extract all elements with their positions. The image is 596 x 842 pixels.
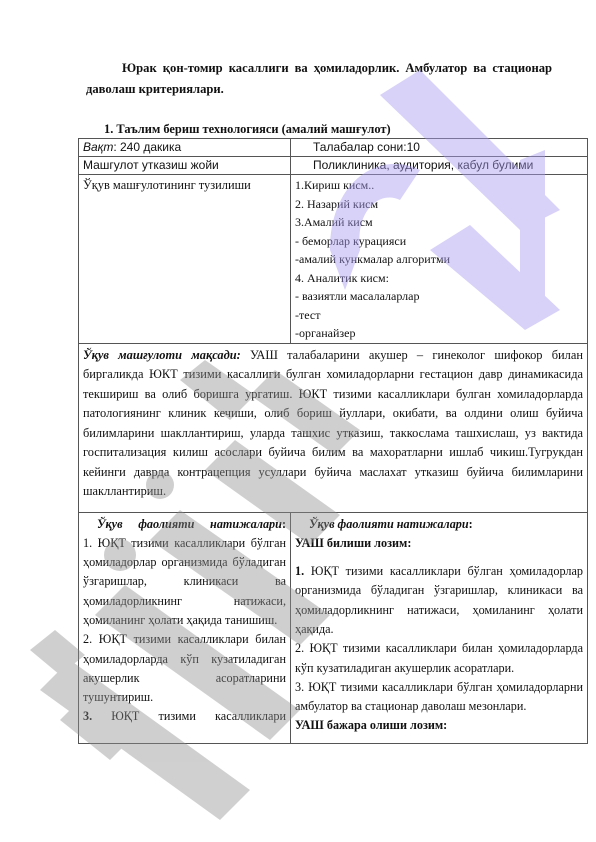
results-left-heading: Ўқув фаолияти натижалари: [83,515,286,534]
structure-item: 4. Аналитик кисм: [295,269,583,288]
time-label: Вақт [83,140,113,154]
table-row-venue: Машгулот утказиш жойи Поликлиника, аудит… [79,157,588,175]
table-row-structure: Ўқув машғулотининг тузилиши 1.Кириш кисм… [79,175,588,344]
results-left-item: 1. ЮҚТ тизими касалликлари бўлган ҳомила… [83,534,286,630]
goal-label: Ўқув машғулоти мақсади: [83,348,241,362]
structure-item: - вазиятли масалаларлар [295,287,583,306]
table-row-time: Вақт: 240 дакика Талабалар сони:10 [79,139,588,157]
must-do-heading: УАШ бажара олиши лозим: [295,716,583,735]
results-right-heading: Ўқув фаолияти натижалари: [295,515,583,534]
structure-item: - беморлар курацияси [295,232,583,251]
document-page: Юрак қон-томир касаллиги ва ҳомиладорлик… [0,0,596,842]
structure-item: -тест [295,306,583,325]
results-left-cell: Ўқув фаолияти натижалари: 1. ЮҚТ тизими … [79,512,291,743]
lesson-goal: Ўқув машғулоти мақсади: УАШ талабаларини… [79,343,588,512]
document-title: Юрак қон-томир касаллиги ва ҳомиладорлик… [86,58,552,100]
goal-text: УАШ талабаларини акушер – гинеколог шифо… [83,348,583,499]
time-value: : 240 дакика [113,140,181,154]
structure-item: -амалий кункмалар алгоритми [295,250,583,269]
structure-label: Ўқув машғулотининг тузилиши [79,175,291,344]
results-left-item: 2. ЮҚТ тизими касалликлари билан ҳомилад… [83,630,286,707]
results-right-item: 3. ЮҚТ тизими касалликлари бўлган ҳомила… [295,678,583,717]
venue-value: Поликлиника, аудитория, кабул булими [291,157,588,175]
table-row-goal: Ўқув машғулоти мақсади: УАШ талабаларини… [79,343,588,512]
must-know-heading: УАШ билиши лозим: [295,534,583,553]
section-heading: 1. Таълим бериш технологияси (амалий маш… [104,121,391,137]
results-left-item: 3. ЮҚТ тизими касалликлари [83,707,286,726]
results-right-item: 2. ЮҚТ тизими касалликлари билан ҳомилад… [295,639,583,678]
structure-item: -органайзер [295,324,583,343]
structure-item: 2. Назарий кисм [295,195,583,214]
time-cell: Вақт: 240 дакика [79,139,291,157]
lesson-technology-table: Вақт: 240 дакика Талабалар сони:10 Машгу… [78,138,588,744]
students-count: Талабалар сони:10 [291,139,588,157]
structure-item: 1.Кириш кисм.. [295,176,583,195]
venue-label: Машгулот утказиш жойи [79,157,291,175]
results-right-cell: Ўқув фаолияти натижалари: УАШ билиши лоз… [291,512,588,743]
results-right-item: 1. ЮҚТ тизими касалликлари бўлган ҳомила… [295,562,583,639]
structure-item: 3.Амалий кисм [295,213,583,232]
structure-list: 1.Кириш кисм.. 2. Назарий кисм 3.Амалий … [291,175,588,344]
table-row-results: Ўқув фаолияти натижалари: 1. ЮҚТ тизими … [79,512,588,743]
